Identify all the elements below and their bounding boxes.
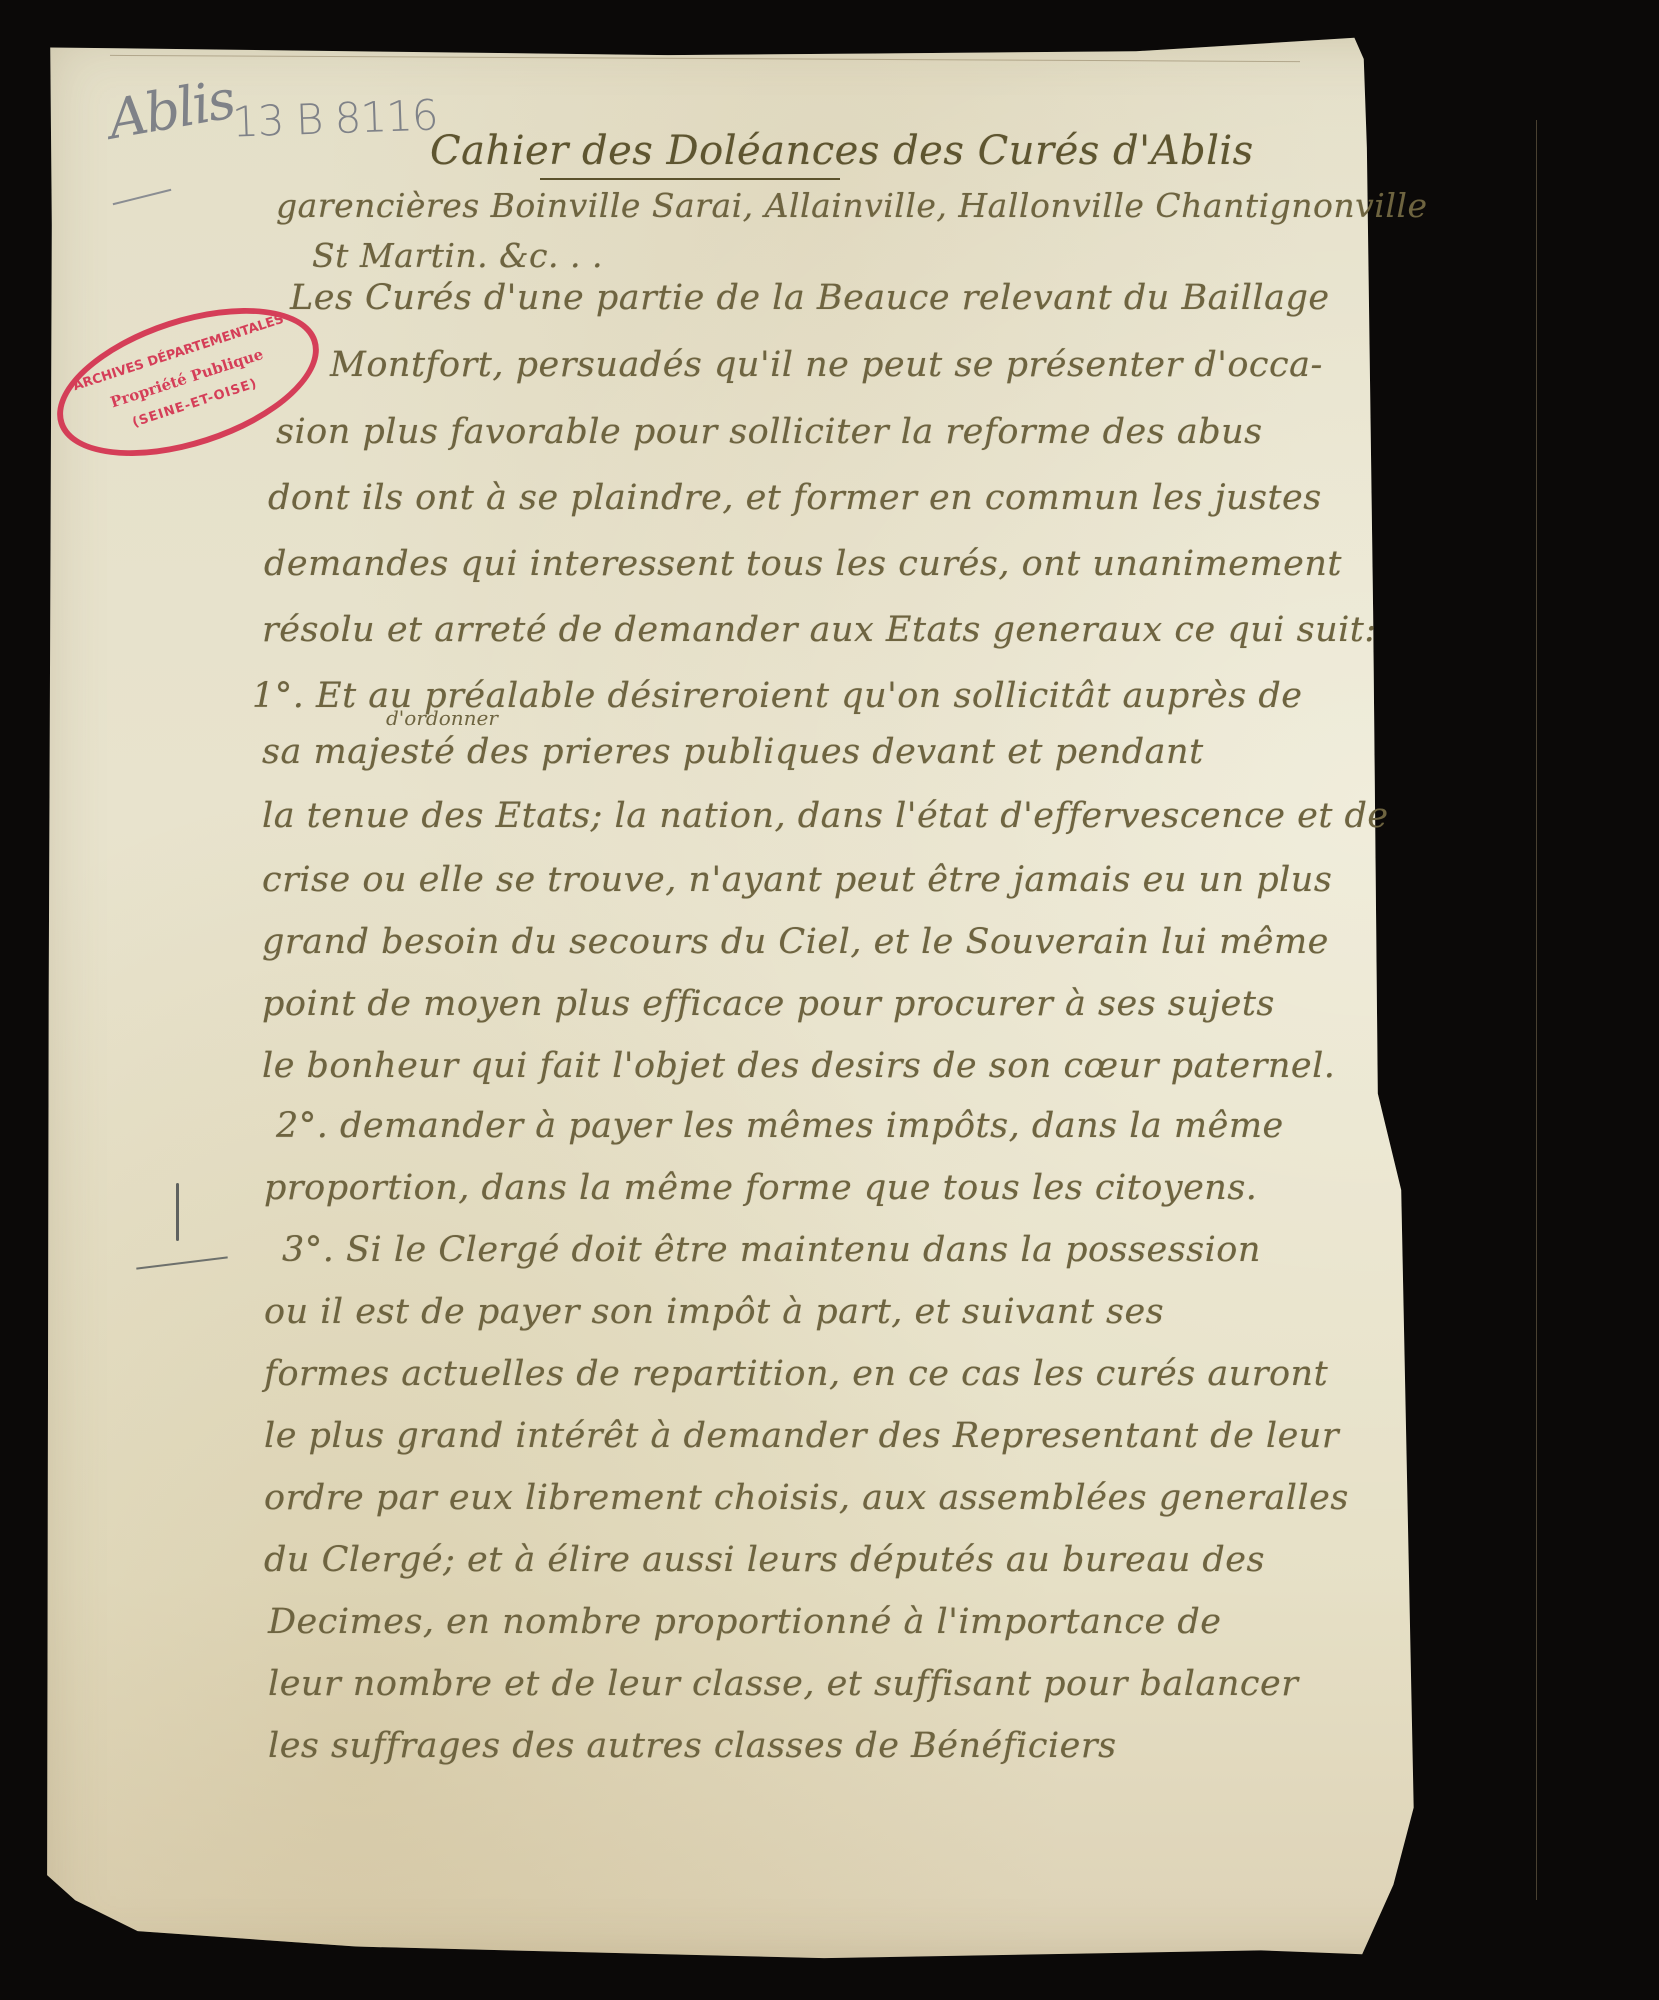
manuscript-line-15: point de moyen plus efficace pour procur… bbox=[262, 984, 1275, 1024]
manuscript-line-17: 2°. demander à payer les mêmes impôts, d… bbox=[276, 1106, 1284, 1146]
manuscript-line-8: demandes qui interessent tous les curés,… bbox=[264, 544, 1342, 584]
manuscript-line-7: dont ils ont à se plaindre, et former en… bbox=[268, 478, 1322, 518]
manuscript-line-22: le plus grand intérêt à demander des Rep… bbox=[264, 1416, 1339, 1456]
interlinear-insertion: d'ordonner bbox=[386, 706, 498, 730]
manuscript-line-11: sa majesté des prieres publiques devant … bbox=[262, 732, 1204, 772]
manuscript-line-12: la tenue des Etats; la nation, dans l'ét… bbox=[262, 796, 1389, 836]
manuscript-title: Cahier des Doléances des Curés d'Ablis bbox=[430, 128, 1254, 174]
manuscript-scan: Ablis 13 B 8116 ARCHIVES DÉPARTEMENTALES… bbox=[0, 0, 1659, 2000]
manuscript-line-13: crise ou elle se trouve, n'ayant peut êt… bbox=[262, 860, 1332, 900]
manuscript-line-2: garencières Boinville Sarai, Allainville… bbox=[276, 186, 1428, 225]
manuscript-line-25: Decimes, en nombre proportionné à l'impo… bbox=[268, 1602, 1221, 1642]
manuscript-line-9: résolu et arreté de demander aux Etats g… bbox=[262, 610, 1377, 650]
manuscript-line-27: les suffrages des autres classes de Béné… bbox=[268, 1726, 1117, 1766]
manuscript-line-20: ou il est de payer son impôt à part, et … bbox=[264, 1292, 1164, 1332]
manuscript-line-5: Montfort, persuadés qu'il ne peut se pré… bbox=[330, 345, 1323, 385]
manuscript-text: Cahier des Doléances des Curés d'Ablis g… bbox=[0, 0, 1659, 2000]
manuscript-line-16: le bonheur qui fait l'objet des desirs d… bbox=[262, 1046, 1335, 1086]
manuscript-line-23: ordre par eux librement choisis, aux ass… bbox=[264, 1478, 1349, 1518]
manuscript-line-24: du Clergé; et à élire aussi leurs député… bbox=[264, 1540, 1265, 1580]
manuscript-line-3: St Martin. &c. . . bbox=[312, 236, 603, 275]
manuscript-line-21: formes actuelles de repartition, en ce c… bbox=[264, 1354, 1328, 1394]
manuscript-line-14: grand besoin du secours du Ciel, et le S… bbox=[262, 922, 1329, 962]
title-underline bbox=[540, 178, 840, 180]
manuscript-line-19: 3°. Si le Clergé doit être maintenu dans… bbox=[282, 1230, 1261, 1270]
manuscript-line-4: Les Curés d'une partie de la Beauce rele… bbox=[290, 278, 1330, 318]
manuscript-line-26: leur nombre et de leur classe, et suffis… bbox=[268, 1664, 1298, 1704]
manuscript-line-6: sion plus favorable pour solliciter la r… bbox=[276, 412, 1263, 452]
manuscript-line-18: proportion, dans la même forme que tous … bbox=[264, 1168, 1257, 1208]
